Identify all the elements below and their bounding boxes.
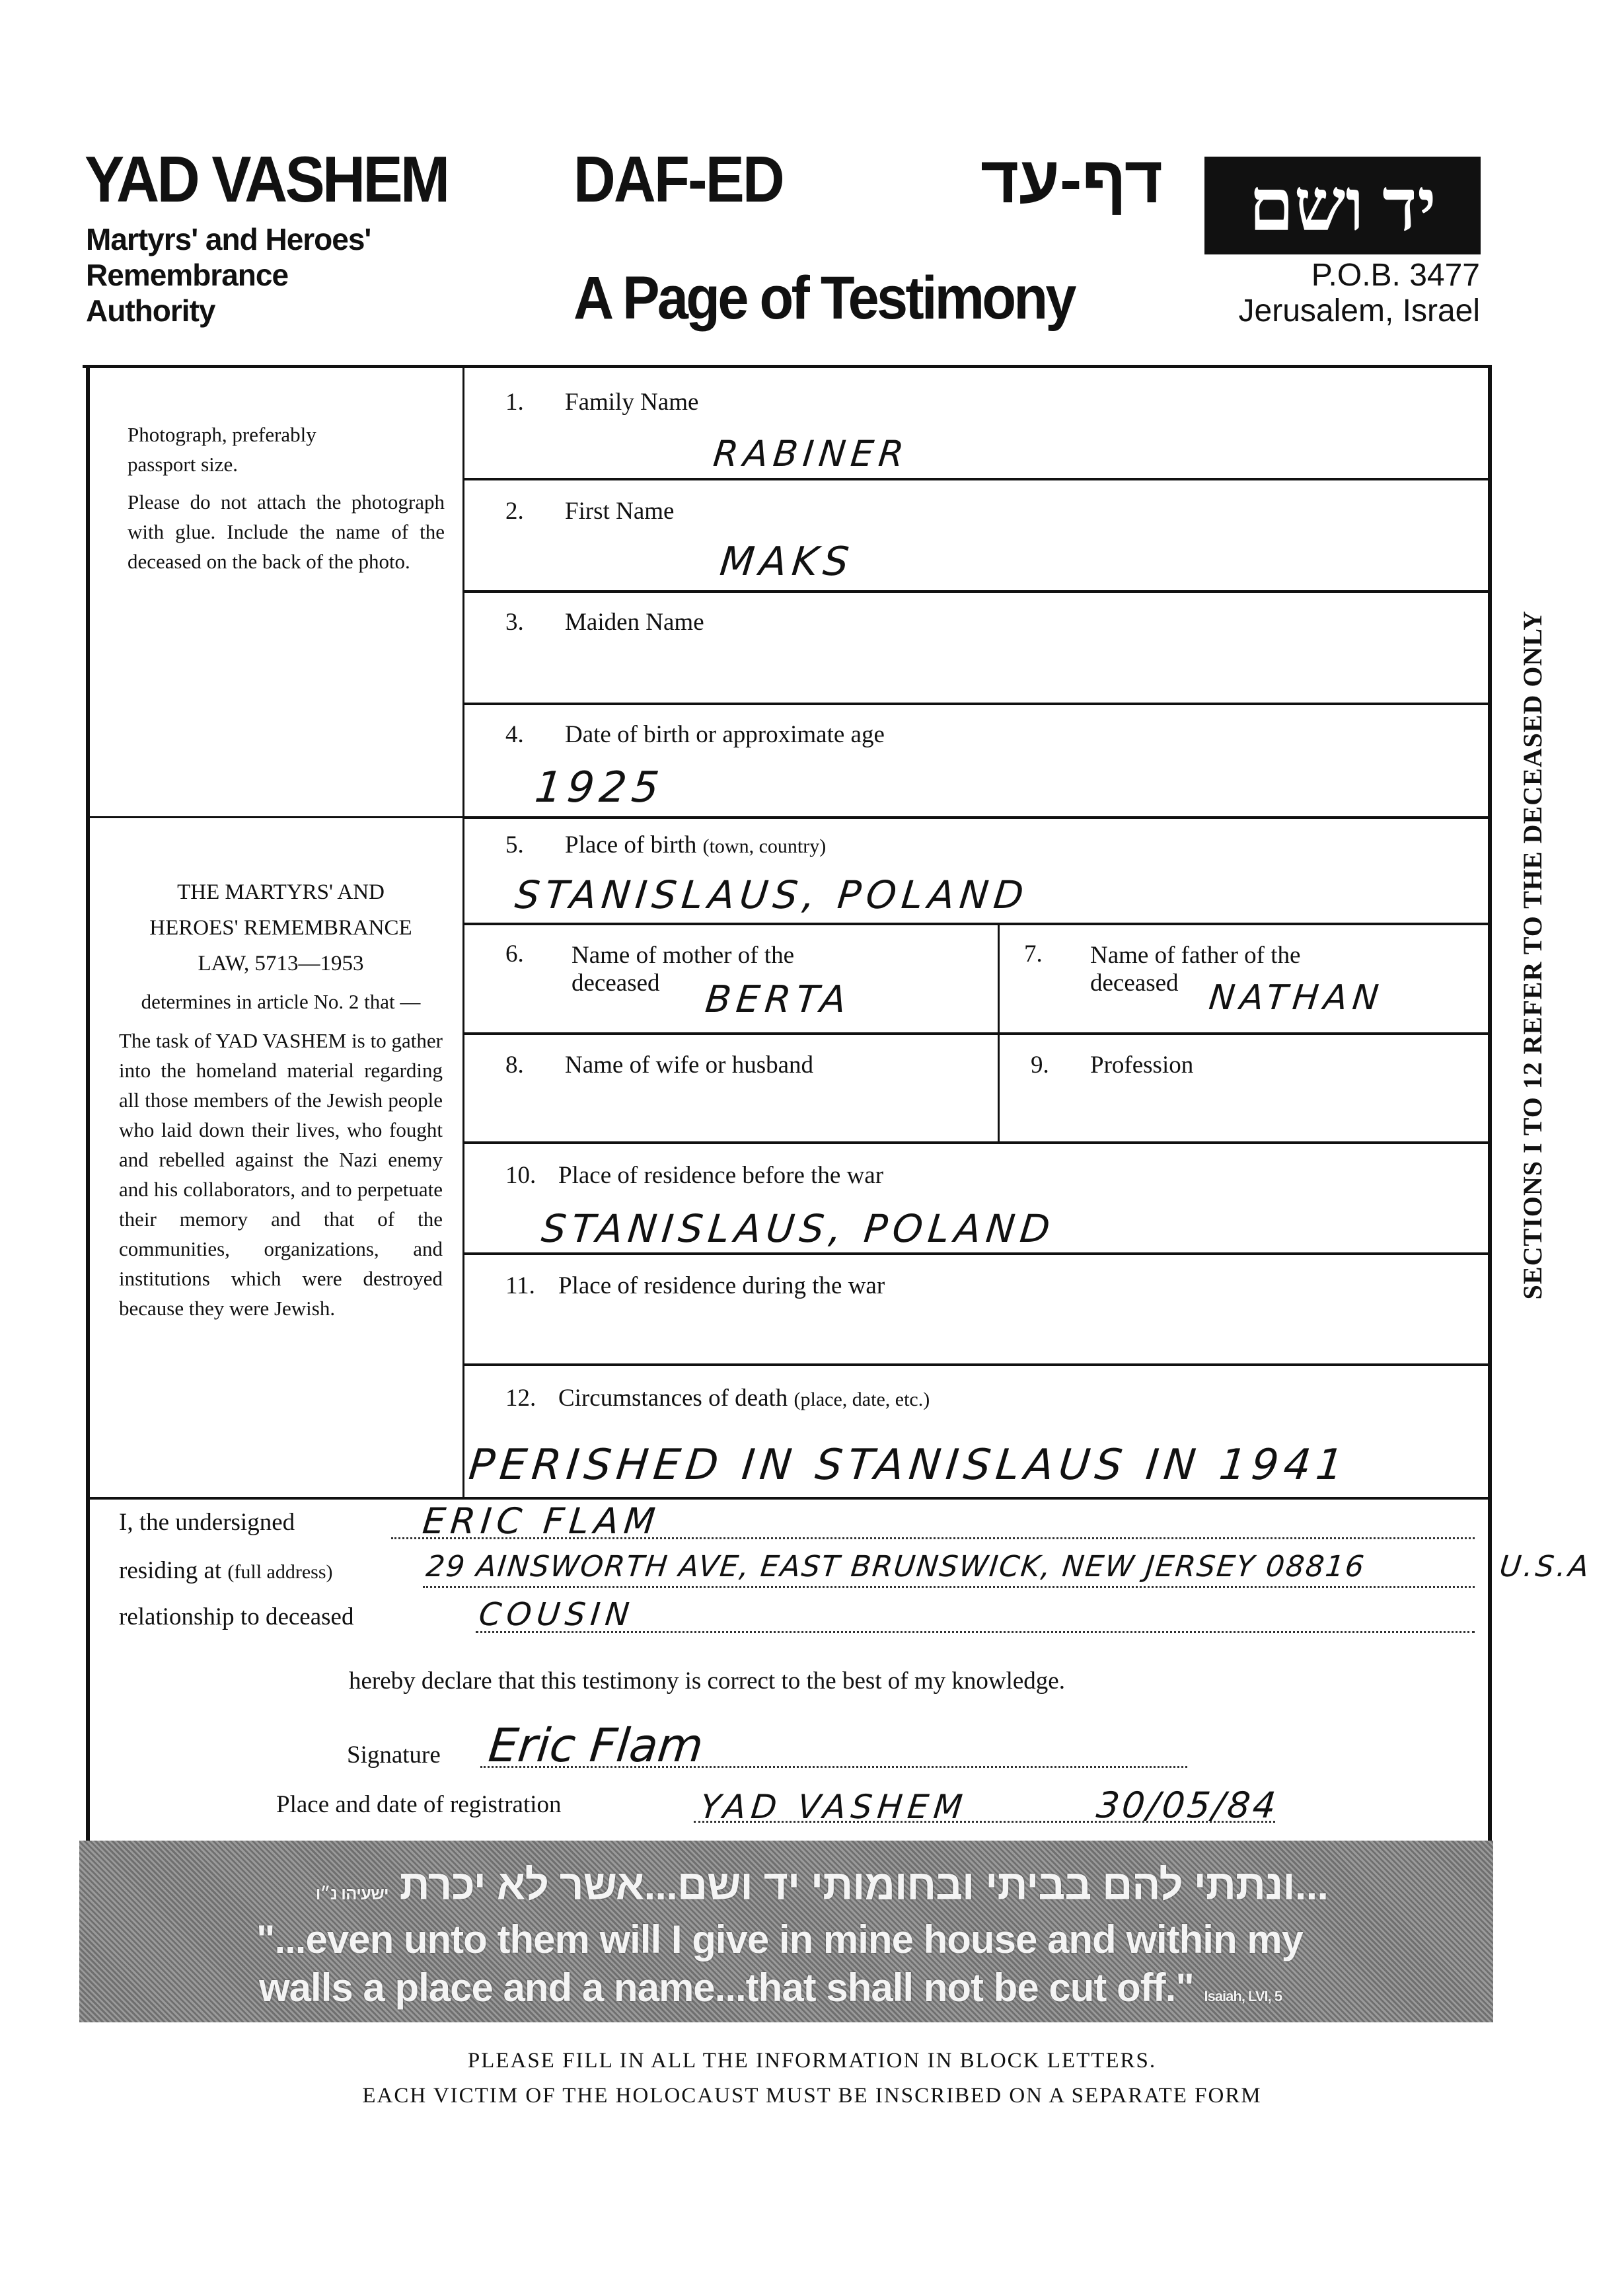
field-label-residence-during-war: 11.Place of residence during the war — [505, 1274, 885, 1298]
mother-name-value[interactable]: BERTA — [704, 978, 854, 1021]
po-box: P.O.B. 3477 — [1209, 258, 1480, 293]
address-label: residing at (full address) — [119, 1558, 333, 1583]
row-separator — [464, 923, 1488, 925]
english-quote-line-1: "...even unto them will I give in mine h… — [256, 1917, 1303, 1962]
row-separator — [464, 703, 1488, 705]
spouse-name-value[interactable] — [566, 1090, 967, 1130]
field-label-maiden-name: 3.Maiden Name — [505, 610, 704, 634]
field-number: 2. — [505, 499, 565, 523]
undersigned-label: I, the undersigned — [119, 1510, 295, 1535]
hebrew-quote-text: ...ונתתי להם בביתי ובחומותי יד ושם...אשר… — [400, 1861, 1328, 1909]
residence-during-war-value[interactable] — [540, 1315, 1403, 1355]
circumstances-of-death-value[interactable]: PERISHED IN STANISLAUS IN 1941 — [466, 1441, 1350, 1490]
org-subtitle-line: Remembrance — [86, 257, 371, 293]
form-title: A Page of Testimony — [573, 268, 1074, 328]
english-quote-text: walls a place and a name...that shall no… — [259, 1966, 1194, 2010]
field-label: Date of birth or approximate age — [565, 721, 885, 748]
field-number: 11. — [505, 1274, 558, 1298]
photo-note: Photograph, preferably passport size. Pl… — [128, 420, 445, 576]
field-label: Place of residence before the war — [558, 1162, 883, 1189]
left-column-split — [90, 816, 462, 818]
field-label: Place of residence during the war — [558, 1272, 885, 1299]
outer-right-border — [1488, 368, 1492, 1841]
field-label-circumstances-of-death: 12.Circumstances of death (place, date, … — [505, 1386, 930, 1410]
declaration-statement: hereby declare that this testimony is co… — [349, 1669, 1065, 1693]
field-label-first-name: 2.First Name — [505, 499, 674, 523]
sections-side-note: SECTIONS I TO 12 REFER TO THE DECEASED O… — [1513, 575, 1553, 1335]
field-label: First Name — [565, 498, 674, 525]
org-name: YAD VASHEM — [85, 147, 447, 211]
column-divider-6-7 — [998, 925, 1000, 1141]
row-separator — [464, 1141, 1488, 1144]
law-title: THE MARTYRS' AND HEROES' REMEMBRANCE LAW… — [119, 874, 443, 981]
law-title-line: HEROES' REMEMBRANCE — [119, 910, 443, 946]
address-label-text: residing at — [119, 1557, 221, 1584]
date-of-birth-value[interactable]: 1925 — [533, 763, 667, 812]
hebrew-quote: ...ונתתי להם בביתי ובחומותי יד ושם...אשר… — [79, 1860, 1328, 1909]
law-intro: determines in article No. 2 that — — [119, 987, 443, 1016]
row-separator — [464, 1363, 1488, 1366]
left-column-divider — [462, 368, 464, 1497]
field-number: 10. — [505, 1163, 558, 1188]
registration-label: Place and date of registration — [276, 1792, 562, 1817]
outer-left-border — [86, 368, 90, 1841]
org-subtitle-line: Authority — [86, 293, 371, 328]
field-number: 1. — [505, 390, 565, 414]
row-separator — [464, 1252, 1488, 1255]
field-label-residence-before-war: 10.Place of residence before the war — [505, 1163, 883, 1188]
address-label-note: (full address) — [227, 1561, 332, 1583]
signature-label: Signature — [347, 1743, 441, 1767]
field-label-note: (place, date, etc.) — [794, 1389, 930, 1410]
photo-note-body: Please do not attach the photograph with… — [128, 487, 445, 576]
law-text: THE MARTYRS' AND HEROES' REMEMBRANCE LAW… — [119, 874, 443, 1323]
father-name-value[interactable]: NATHAN — [1207, 978, 1385, 1018]
row-separator — [90, 1497, 1488, 1500]
row-separator — [464, 1032, 1488, 1035]
field-number: 7. — [1024, 942, 1090, 995]
address-overflow-value[interactable]: U.S.A — [1498, 1550, 1593, 1584]
footer-instruction-2: EACH VICTIM OF THE HOLOCAUST MUST BE INS… — [0, 2084, 1624, 2108]
relationship-value[interactable]: COUSIN — [477, 1596, 636, 1633]
row-separator — [464, 590, 1488, 593]
field-label-profession: 9.Profession — [1031, 1053, 1193, 1077]
signature-value[interactable]: Eric Flam — [486, 1718, 706, 1773]
law-title-line: THE MARTYRS' AND — [119, 874, 443, 910]
address-value[interactable]: 29 AINSWORTH AVE, EAST BRUNSWICK, NEW JE… — [424, 1550, 1366, 1584]
field-label-spouse-name: 8.Name of wife or husband — [505, 1053, 813, 1077]
field-number: 3. — [505, 610, 565, 634]
field-number: 8. — [505, 1053, 565, 1077]
form-name: DAF-ED — [573, 147, 783, 211]
field-label-place-of-birth: 5.Place of birth (town, country) — [505, 833, 826, 857]
field-number: 5. — [505, 833, 565, 857]
photo-note-title: Photograph, preferably passport size. — [128, 420, 379, 479]
postal-address: P.O.B. 3477 Jerusalem, Israel — [1209, 258, 1480, 329]
address-line — [423, 1586, 1475, 1588]
footer-instruction-1: PLEASE FILL IN ALL THE INFORMATION IN BL… — [0, 2049, 1624, 2073]
field-label: Circumstances of death — [558, 1385, 788, 1412]
field-label: Profession — [1090, 1051, 1193, 1079]
field-number: 6. — [505, 942, 572, 995]
field-label: Place of birth — [565, 831, 696, 859]
hebrew-citation: ישעיהו נ״ו — [316, 1884, 388, 1903]
law-body: The task of YAD VASHEM is to gather into… — [119, 1026, 443, 1323]
relationship-label: relationship to deceased — [119, 1605, 353, 1629]
yad-vashem-logo: יד ושם — [1204, 157, 1481, 254]
city: Jerusalem, Israel — [1209, 293, 1480, 329]
maiden-name-value[interactable] — [718, 651, 1119, 691]
field-number: 4. — [505, 722, 565, 747]
form-name-hebrew: דף-עד — [912, 147, 1163, 213]
isaiah-quote-banner: ...ונתתי להם בביתי ובחומותי יד ושם...אשר… — [79, 1841, 1493, 2022]
org-subtitle: Martyrs' and Heroes' Remembrance Authori… — [86, 221, 371, 328]
field-label: Family Name — [565, 389, 698, 416]
field-label-date-of-birth: 4.Date of birth or approximate age — [505, 722, 885, 747]
field-label-note: (town, country) — [703, 835, 827, 857]
field-number: 12. — [505, 1386, 558, 1410]
family-name-value[interactable]: RABINER — [712, 433, 911, 475]
first-name-value[interactable]: MAKS — [718, 539, 856, 585]
law-title-line: LAW, 5713—1953 — [119, 946, 443, 981]
residence-before-war-value[interactable]: STANISLAUS, POLAND — [539, 1206, 1057, 1251]
field-label: Name of wife or husband — [565, 1051, 813, 1079]
field-label: Maiden Name — [565, 609, 704, 636]
profession-value[interactable] — [1088, 1090, 1456, 1130]
english-quote-line-2: walls a place and a name...that shall no… — [259, 1965, 1282, 2010]
registration-date-value[interactable]: 30/05/84 — [1095, 1784, 1280, 1826]
registration-place-value[interactable]: YAD VASHEM — [698, 1788, 969, 1826]
english-citation: Isaiah, LVI, 5 — [1204, 1988, 1282, 2005]
place-of-birth-value[interactable]: STANISLAUS, POLAND — [513, 872, 1031, 917]
row-separator — [464, 816, 1488, 819]
field-number: 9. — [1031, 1053, 1090, 1077]
undersigned-value[interactable]: ERIC FLAM — [421, 1500, 663, 1542]
field-label-family-name: 1.Family Name — [505, 390, 698, 414]
row-separator — [464, 478, 1488, 480]
logo-text: יד ושם — [1249, 169, 1436, 242]
top-rule — [83, 365, 1492, 368]
org-subtitle-line: Martyrs' and Heroes' — [86, 221, 371, 257]
